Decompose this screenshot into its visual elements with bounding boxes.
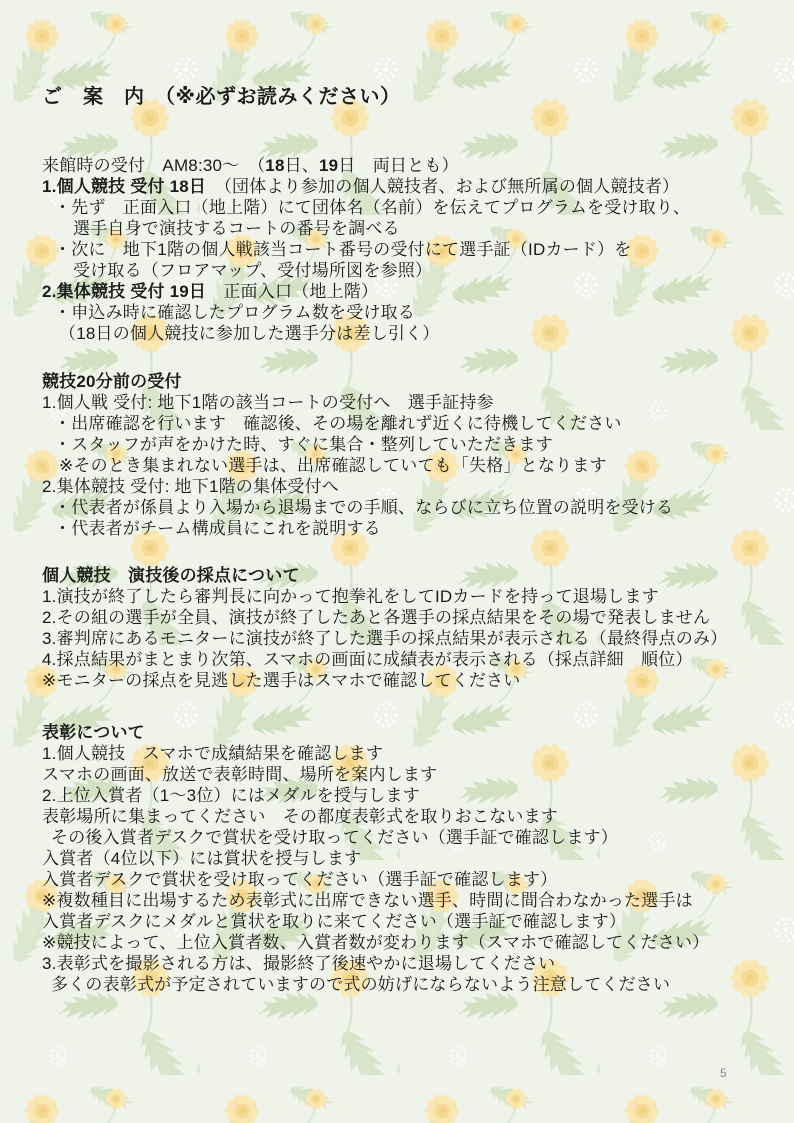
text-run: ・代表者が係員より入場から退場までの手順、ならびに立ち位置の説明を受ける — [54, 498, 673, 517]
text-run: ・先ず 正面入口（地上階）にて団体名（名前）を伝えてプログラムを受け取り、 — [54, 198, 690, 217]
bold-text-run: 1.個人競技 受付 18日 — [42, 177, 206, 196]
section-heading: 表彰について — [42, 722, 756, 743]
text-run: 3.審判席にあるモニターに演技が終了した選手の採点結果が表示される（最終得点のみ… — [42, 629, 727, 648]
text-line: 2.その組の選手が全員、演技が終了したあと各選手の採点結果をその場で発表しません — [42, 607, 756, 628]
text-line: ・申込み時に確認したプログラム数を受け取る — [42, 302, 756, 323]
text-line: 4.採点結果がまとまり次第、スマホの画面に成績表が表示される（採点詳細 順位） — [42, 649, 756, 670]
text-line: 1.個人戦 受付: 地下1階の該当コートの受付へ 選手証持参 — [42, 392, 756, 413]
section-pre: 競技20分前の受付1.個人戦 受付: 地下1階の該当コートの受付へ 選手証持参・… — [42, 371, 756, 539]
text-run: ・申込み時に確認したプログラム数を受け取る — [54, 303, 415, 322]
text-line: ※そのとき集まれない選手は、出席確認していても「失格」となります — [42, 455, 756, 476]
text-run: 正面入口（地上階） — [206, 282, 378, 301]
text-run: 来館時の受付 AM8:30～ （ — [42, 156, 265, 175]
text-line: 入賞者デスクにメダルと賞状を取りに来てください（選手証で確認します） — [42, 911, 756, 932]
text-line: ・出席確認を行います 確認後、その場を離れず近くに待機してください — [42, 413, 756, 434]
text-line: ※複数種目に出場するため表彰式に出席できない選手、時間に間合わなかった選手は — [42, 890, 756, 911]
section-heading: 個人競技 演技後の採点について — [42, 565, 756, 586]
page-title: ご 案 内 （※必ずお読みください） — [42, 84, 756, 110]
text-line: 入賞者（4位以下）には賞状を授与します — [42, 848, 756, 869]
page-number: 5 — [720, 1066, 727, 1080]
text-run: 日 両日とも） — [338, 156, 458, 175]
text-run: ※複数種目に出場するため表彰式に出席できない選手、時間に間合わなかった選手は — [42, 891, 693, 910]
text-line: ※モニターの採点を見逃した選手はスマホで確認してください — [42, 670, 756, 691]
text-run: ※モニターの採点を見逃した選手はスマホで確認してください — [42, 671, 521, 690]
text-line: スマホの画面、放送で表彰時間、場所を案内します — [42, 764, 756, 785]
text-line: 1.演技が終了したら審判長に向かって抱拳礼をしてIDカードを持って退場します — [42, 586, 756, 607]
text-line: ※競技によって、上位入賞者数、入賞者数が変わります（スマホで確認してください） — [42, 932, 756, 953]
text-run: スマホの画面、放送で表彰時間、場所を案内します — [42, 765, 437, 784]
text-run: （団体より参加の個人競技者、および無所属の個人競技者） — [206, 177, 679, 196]
text-line: 多くの表彰式が予定されていますので式の妨げにならないよう注意してください — [42, 974, 756, 995]
text-run: 入賞者（4位以下）には賞状を授与します — [42, 849, 361, 868]
text-run: ※そのとき集まれない選手は、出席確認していても「失格」となります — [59, 456, 607, 475]
text-run: 3.表彰式を撮影される方は、撮影終了後速やかに退場してください — [42, 954, 555, 973]
text-run: 4.採点結果がまとまり次第、スマホの画面に成績表が表示される（採点詳細 順位） — [42, 650, 693, 669]
text-run: 入賞者デスクで賞状を受け取ってください（選手証で確認します） — [42, 870, 557, 889]
section-scoring: 個人競技 演技後の採点について1.演技が終了したら審判長に向かって抱拳礼をしてI… — [42, 565, 756, 691]
text-line: ・代表者が係員より入場から退場までの手順、ならびに立ち位置の説明を受ける — [42, 497, 756, 518]
bold-text-run: 19 — [319, 156, 338, 175]
text-line: 3.審判席にあるモニターに演技が終了した選手の採点結果が表示される（最終得点のみ… — [42, 628, 756, 649]
text-line: 2.集体競技 受付: 地下1階の集体受付へ — [42, 476, 756, 497]
text-run: （18日の個人競技に参加した選手分は差し引く） — [59, 324, 440, 343]
text-run: ・スタッフが声をかけた時、すぐに集合・整列していただきます — [54, 435, 553, 454]
text-line: 2.集体競技 受付 19日 正面入口（地上階） — [42, 281, 756, 302]
bold-text-run: 18 — [265, 156, 284, 175]
text-line: 受け取る（フロアマップ、受付場所図を参照） — [42, 260, 756, 281]
section-arrival: 来館時の受付 AM8:30～ （18日、19日 両日とも）1.個人競技 受付 1… — [42, 155, 756, 344]
text-run: 1.個人戦 受付: 地下1階の該当コートの受付へ 選手証持参 — [42, 393, 494, 412]
text-line: 2.上位入賞者（1～3位）にはメダルを授与します — [42, 785, 756, 806]
document-body: 来館時の受付 AM8:30～ （18日、19日 両日とも）1.個人競技 受付 1… — [42, 155, 756, 995]
text-run: 多くの表彰式が予定されていますので式の妨げにならないよう注意してください — [51, 975, 670, 994]
text-run: 2.上位入賞者（1～3位）にはメダルを授与します — [42, 786, 420, 805]
text-run: 入賞者デスクにメダルと賞状を取りに来てください（選手証で確認します） — [42, 912, 626, 931]
text-run: ・代表者がチーム構成員にこれを説明する — [54, 519, 381, 538]
bold-text-run: 競技20分前の受付 — [42, 372, 182, 391]
text-run: ・次に 地下1階の個人戦該当コート番号の受付にて選手証（IDカード）を — [54, 240, 631, 259]
text-line: 3.表彰式を撮影される方は、撮影終了後速やかに退場してください — [42, 953, 756, 974]
text-line: 表彰場所に集まってください その都度表彰式を取りおこないます — [42, 806, 756, 827]
bold-text-run: 2.集体競技 受付 19日 — [42, 282, 206, 301]
text-run: 2.その組の選手が全員、演技が終了したあと各選手の採点結果をその場で発表しません — [42, 608, 710, 627]
text-run: 1.個人競技 スマホで成績結果を確認します — [42, 744, 383, 763]
document-content: ご 案 内 （※必ずお読みください） 来館時の受付 AM8:30～ （18日、1… — [42, 84, 756, 995]
text-line: ・次に 地下1階の個人戦該当コート番号の受付にて選手証（IDカード）を — [42, 239, 756, 260]
text-line: ・先ず 正面入口（地上階）にて団体名（名前）を伝えてプログラムを受け取り、 — [42, 197, 756, 218]
text-line: 1.個人競技 スマホで成績結果を確認します — [42, 743, 756, 764]
document-page: ご 案 内 （※必ずお読みください） 来館時の受付 AM8:30～ （18日、1… — [0, 0, 794, 1123]
text-line: 入賞者デスクで賞状を受け取ってください（選手証で確認します） — [42, 869, 756, 890]
text-line: 1.個人競技 受付 18日 （団体より参加の個人競技者、および無所属の個人競技者… — [42, 176, 756, 197]
bold-text-run: 個人競技 演技後の採点について — [42, 566, 300, 585]
text-run: その後入賞者デスクで賞状を受け取ってください（選手証で確認します） — [51, 828, 618, 847]
text-run: 1.演技が終了したら審判長に向かって抱拳礼をしてIDカードを持って退場します — [42, 587, 659, 606]
text-run: 選手自身で演技するコートの番号を調べる — [73, 219, 400, 238]
text-line: ・スタッフが声をかけた時、すぐに集合・整列していただきます — [42, 434, 756, 455]
section-heading: 競技20分前の受付 — [42, 371, 756, 392]
text-line: ・代表者がチーム構成員にこれを説明する — [42, 518, 756, 539]
bold-text-run: 表彰について — [42, 723, 145, 742]
text-run: 表彰場所に集まってください その都度表彰式を取りおこないます — [42, 807, 558, 826]
text-run: ※競技によって、上位入賞者数、入賞者数が変わります（スマホで確認してください） — [42, 933, 709, 952]
text-line: 選手自身で演技するコートの番号を調べる — [42, 218, 756, 239]
section-heading: 来館時の受付 AM8:30～ （18日、19日 両日とも） — [42, 155, 756, 176]
text-run: ・出席確認を行います 確認後、その場を離れず近くに待機してください — [54, 414, 622, 433]
text-run: 日、 — [285, 156, 319, 175]
text-run: 受け取る（フロアマップ、受付場所図を参照） — [73, 261, 432, 280]
text-line: その後入賞者デスクで賞状を受け取ってください（選手証で確認します） — [42, 827, 756, 848]
section-awards: 表彰について1.個人競技 スマホで成績結果を確認しますスマホの画面、放送で表彰時… — [42, 722, 756, 995]
text-run: 2.集体競技 受付: 地下1階の集体受付へ — [42, 477, 339, 496]
text-line: （18日の個人競技に参加した選手分は差し引く） — [42, 323, 756, 344]
